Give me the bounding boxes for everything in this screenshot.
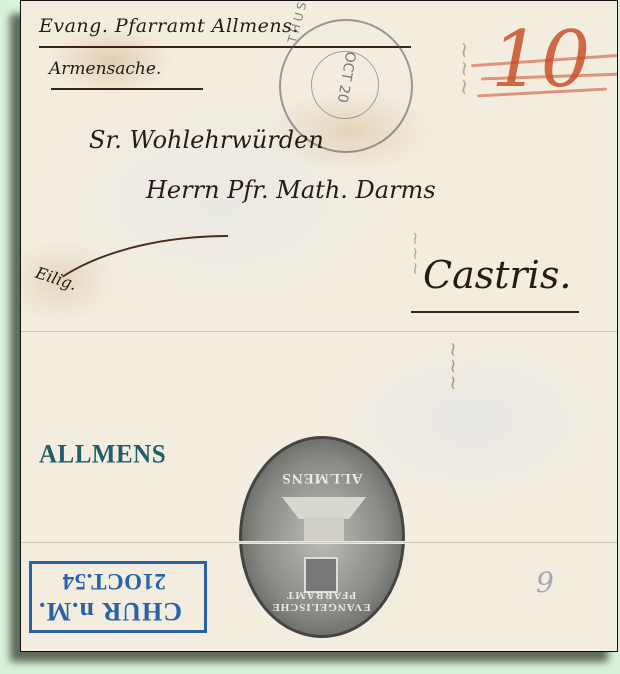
rate-value: 10 [491,15,590,105]
sender-subline-underline [51,88,203,90]
box-cancel-town: CHUR n.M. [38,596,182,626]
book-icon [304,557,338,593]
folded-letter-cover: Evang. Pfarramt Allmens. Armensache. THU… [20,0,618,652]
postmark-town: THUSIS [285,0,315,45]
ink-flourish-arc [21,235,435,439]
town-cachet: ALLMENS [39,440,166,469]
pencil-note: 9 [536,566,554,599]
fold-line [21,331,617,333]
destination-underline [411,311,579,313]
anvil-base-icon [304,517,344,543]
seal-ring-inscription: EVANGELISCHE PFARRAMT [256,589,386,613]
fold-line [21,541,617,544]
faint-docket-script: ~~~ [442,341,466,391]
sender-line: Evang. Pfarramt Allmens. [39,15,299,37]
address-destination: Castris. [423,253,571,297]
address-honorific: Sr. Wohlehrwürden [89,126,324,154]
anvil-icon [282,497,366,519]
wax-seal-impression: ALLMENS EVANGELISCHE PFARRAMT [239,436,405,638]
seal-inscription: ALLMENS [272,469,372,486]
rate-marking: 10 [471,23,618,123]
box-cancel-date: 21OCT.54 [62,568,166,594]
address-recipient: Herrn Pfr. Math. Darms [146,176,436,204]
box-cancel-stamp: CHUR n.M. 21OCT.54 [29,561,207,633]
sender-subline: Armensache. [49,59,161,79]
